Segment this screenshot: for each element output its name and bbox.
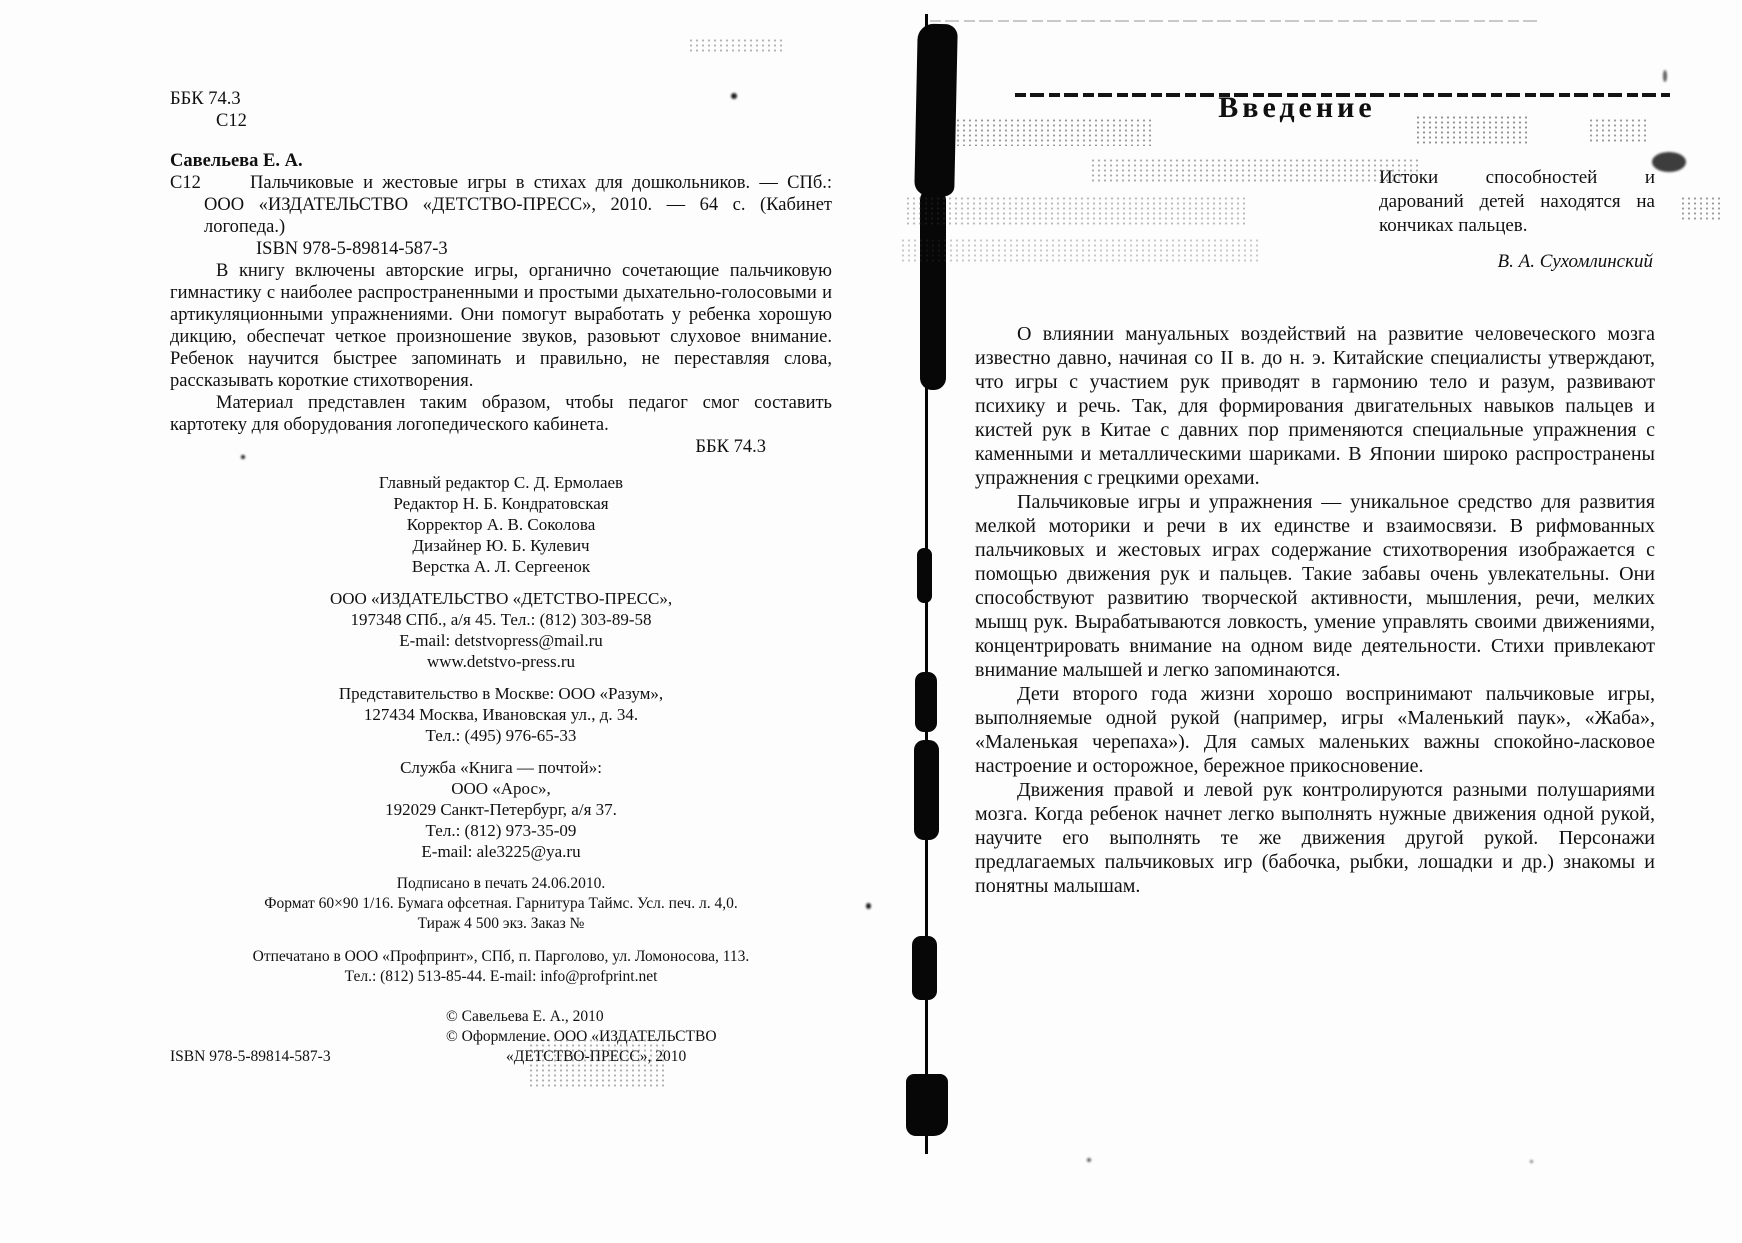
body-paragraph: Движения правой и левой рук контролируют… [975,778,1655,898]
scan-noise [688,38,783,52]
ink-dot [1663,70,1667,82]
epigraph-text: Истоки способностей и дарований детей на… [1379,166,1655,238]
staff-line: Главный редактор С. Д. Ермолаев [170,472,832,493]
catalog-card: С12 Пальчиковые и жестовые игры в стихах… [170,172,832,260]
catalog-code: С12 [170,172,201,194]
printing-line: Тел.: (812) 513-85-44. E-mail: info@prof… [170,967,832,987]
binding-artifact-blob [914,740,939,840]
copyright-line: © Савельева Е. А., 2010 [446,1007,832,1027]
binding-artifact-blob [912,936,937,1000]
isbn-top: ISBN 978-5-89814-587-3 [256,238,832,260]
bbk-code-right: ББК 74.3 [170,436,832,458]
mail-line: E-mail: ale3225@ya.ru [170,841,832,862]
editorial-staff: Главный редактор С. Д. Ермолаев Редактор… [170,472,832,577]
staff-line: Корректор А. В. Соколова [170,514,832,535]
staff-line: Редактор Н. Б. Кондратовская [170,493,832,514]
scan-streak-line [1015,93,1670,97]
author-name: Савельева Е. А. [170,150,832,172]
publisher-line: 197348 СПб., а/я 45. Тел.: (812) 303-89-… [170,609,832,630]
body-paragraph: Дети второго года жизни хорошо восприним… [975,682,1655,778]
scan-noise [1415,115,1530,145]
book-scan-spread: ББК 74.3 С12 Савельева Е. А. С12 Пальчик… [0,0,1742,1243]
binding-artifact-blob [906,1074,948,1136]
staff-line: Дизайнер Ю. Б. Кулевич [170,535,832,556]
printing-line: Отпечатано в ООО «Профпринт», СПб, п. Па… [170,947,832,967]
binding-artifact-blob [915,672,937,732]
publisher-line: ООО «ИЗДАТЕЛЬСТВО «ДЕТСТВО-ПРЕСС», [170,588,832,609]
moscow-line: Тел.: (495) 976-65-33 [170,725,832,746]
left-page: ББК 74.3 С12 Савельева Е. А. С12 Пальчик… [170,88,832,1067]
bbk-author-sign: С12 [170,110,832,132]
scan-noise [1090,158,1420,184]
moscow-office: Представительство в Москве: ООО «Разум»,… [170,683,832,746]
body-paragraph: Пальчиковые игры и упражнения — уникальн… [975,490,1655,682]
publisher-line: www.detstvo-press.ru [170,651,832,672]
print-line: Формат 60×90 1/16. Бумага офсетная. Гарн… [170,894,832,914]
annotation-paragraph: Материал представлен таким образом, чтоб… [170,392,832,436]
print-line: Тираж 4 500 экз. Заказ № [170,914,832,934]
scan-noise [528,1038,668,1088]
ink-dot [1087,1158,1091,1162]
print-parameters: Подписано в печать 24.06.2010. Формат 60… [170,874,832,934]
body-paragraph: О влиянии мануальных воздействий на разв… [975,322,1655,490]
catalog-description: Пальчиковые и жестовые игры в стихах для… [204,172,832,238]
printing-house: Отпечатано в ООО «Профпринт», СПб, п. Па… [170,947,832,987]
book-by-mail-service: Служба «Книга — почтой»: ООО «Арос», 192… [170,757,832,862]
copyright-row: © Савельева Е. А., 2010 © Оформление. ОО… [170,1007,832,1067]
scan-noise [1680,196,1720,220]
publisher-line: E-mail: detstvopress@mail.ru [170,630,832,651]
mail-line: ООО «Арос», [170,778,832,799]
ink-dot [241,455,245,459]
moscow-line: 127434 Москва, Ивановская ул., д. 34. [170,704,832,725]
moscow-line: Представительство в Москве: ООО «Разум», [170,683,832,704]
annotation-paragraph: В книгу включены авторские игры, органич… [170,260,832,392]
scan-streak-line [930,20,1540,22]
scan-noise [905,196,1245,226]
scan-noise [955,118,1155,146]
body-text: О влиянии мануальных воздействий на разв… [975,322,1655,898]
mail-line: Тел.: (812) 973-35-09 [170,820,832,841]
binding-artifact-blob [917,548,932,603]
ink-smudge [1652,152,1686,172]
ink-dot [866,903,871,909]
isbn-bottom: ISBN 978-5-89814-587-3 [170,1047,331,1067]
ink-dot [731,93,737,99]
scan-noise [1588,118,1648,144]
mail-line: Служба «Книга — почтой»: [170,757,832,778]
print-line: Подписано в печать 24.06.2010. [170,874,832,894]
binding-artifact-blob [914,24,958,197]
scan-noise [900,238,1260,264]
mail-line: 192029 Санкт-Петербург, а/я 37. [170,799,832,820]
staff-line: Верстка А. Л. Сергеенок [170,556,832,577]
ink-dot [1530,1160,1533,1163]
bbk-code: ББК 74.3 [170,88,832,110]
publisher-contacts: ООО «ИЗДАТЕЛЬСТВО «ДЕТСТВО-ПРЕСС», 19734… [170,588,832,672]
